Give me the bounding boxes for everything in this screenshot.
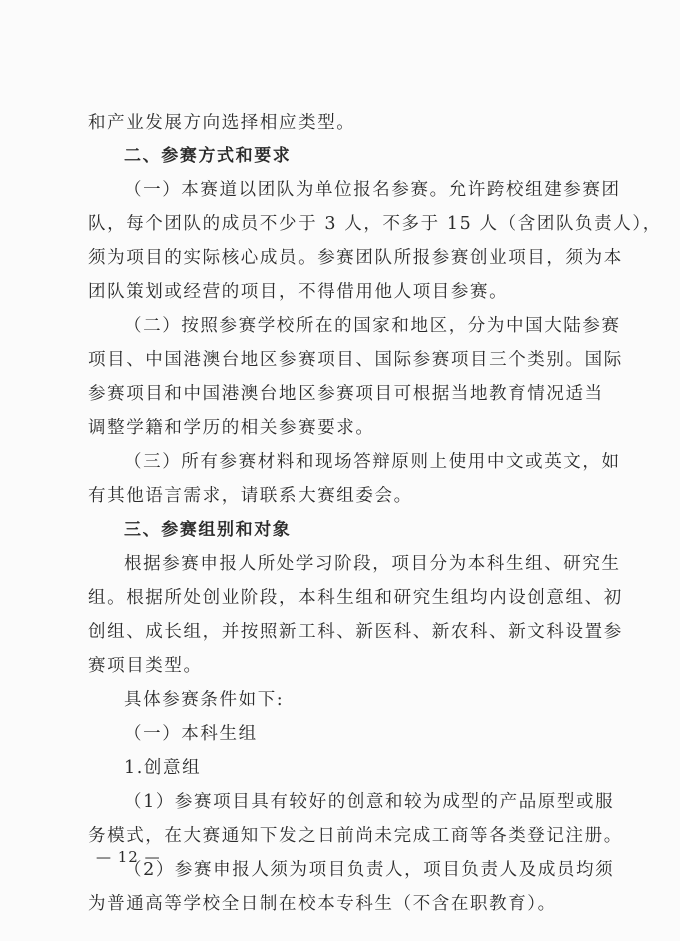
text-line: 项目、中国港澳台地区参赛项目、国际参赛项目三个类别。国际 [88,347,623,373]
text-line: （三）所有参赛材料和现场答辩原则上使用中文或英文，如 [124,449,621,475]
text-line: 和产业发展方向选择相应类型。 [88,110,355,136]
text-line: （2）参赛申报人须为项目负责人，项目负责人及成员均须 [124,857,614,883]
text-line: 调整学籍和学历的相关参赛要求。 [88,415,375,441]
text-line: 组。根据所处创业阶段，本科生组和研究生组均内设创意组、初 [88,585,623,611]
section-heading: 二、参赛方式和要求 [124,143,291,169]
text-line: 1.创意组 [124,755,201,781]
text-line: 须为项目的实际核心成员。参赛团队所报参赛创业项目，须为本 [88,245,623,271]
text-line: 创组、成长组，并按照新工科、新医科、新农科、新文科设置参 [88,619,623,645]
text-line: 赛项目类型。 [88,653,203,679]
text-line: 为普通高等学校全日制在校本专科生（不含在职教育）。 [88,891,557,917]
text-line: 参赛项目和中国港澳台地区参赛项目可根据当地教育情况适当 [88,381,604,407]
text-line: （二）按照参赛学校所在的国家和地区，分为中国大陆参赛 [124,313,621,339]
text-line: 具体参赛条件如下: [124,687,284,713]
text-line: （一）本科生组 [124,721,258,747]
text-line: 队，每个团队的成员不少于 3 人，不多于 15 人（含团队负责人）， [88,211,662,237]
page-number: — 12 — [96,848,161,866]
text-line: 有其他语言需求，请联系大赛组委会。 [88,483,413,509]
text-line: （一）本赛道以团队为单位报名参赛。允许跨校组建参赛团 [124,177,621,203]
text-line: 务模式，在大赛通知下发之日前尚未完成工商等各类登记注册。 [88,823,623,849]
text-line: （1）参赛项目具有较好的创意和较为成型的产品原型或服 [124,789,614,815]
text-line: 团队策划或经营的项目，不得借用他人项目参赛。 [88,279,508,305]
text-line: 根据参赛申报人所处学习阶段，项目分为本科生组、研究生 [124,551,621,577]
section-heading: 三、参赛组别和对象 [124,517,291,543]
